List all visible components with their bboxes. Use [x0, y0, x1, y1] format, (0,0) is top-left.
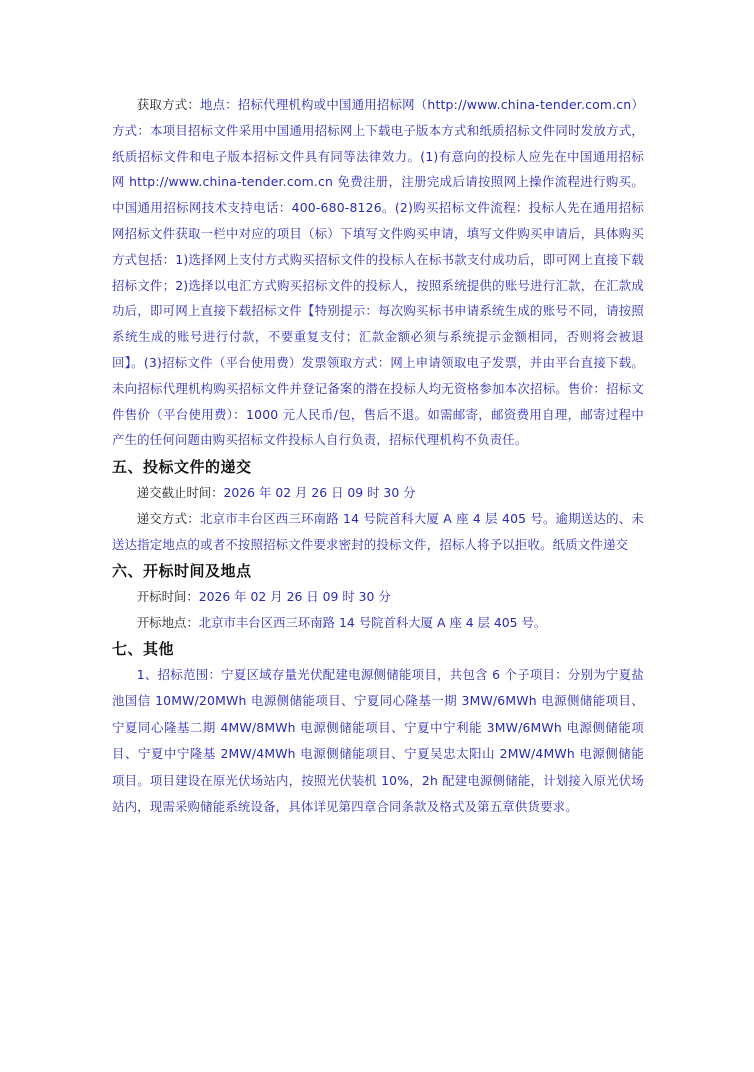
submission-deadline-label: 递交截止时间：	[137, 485, 224, 500]
opening-time: 开标时间：2026 年 02 月 26 日 09 时 30 分	[112, 584, 644, 610]
document-page: 获取方式：地点：招标代理机构或中国通用招标网（http://www.china-…	[112, 92, 644, 821]
opening-place-value: 北京市丰台区西三环南路 14 号院首科大厦 A 座 4 层 405 号。	[199, 615, 547, 630]
opening-time-label: 开标时间：	[137, 589, 199, 604]
opening-place: 开标地点：北京市丰台区西三环南路 14 号院首科大厦 A 座 4 层 405 号…	[112, 610, 644, 636]
submission-method: 递交方式：北京市丰台区西三环南路 14 号院首科大厦 A 座 4 层 405 号…	[112, 506, 644, 558]
submission-deadline-value: 2026 年 02 月 26 日 09 时 30 分	[224, 485, 416, 500]
obtain-method-label: 获取方式	[137, 97, 188, 112]
section7-heading: 七、其他	[112, 636, 644, 662]
obtain-method-text: 地点：招标代理机构或中国通用招标网（http://www.china-tende…	[112, 97, 644, 447]
submission-method-label: 递交方式：	[137, 511, 200, 526]
section5-heading: 五、投标文件的递交	[112, 454, 644, 480]
section6-heading: 六、开标时间及地点	[112, 558, 644, 584]
bid-scope-paragraph: 1、招标范围：宁夏区域存量光伏配建电源侧储能项目，共包含 6 个子项目：分别为宁…	[112, 662, 644, 821]
obtain-method-paragraph: 获取方式：地点：招标代理机构或中国通用招标网（http://www.china-…	[112, 92, 644, 453]
obtain-method-sep: ：	[187, 97, 200, 112]
submission-deadline: 递交截止时间：2026 年 02 月 26 日 09 时 30 分	[112, 480, 644, 506]
opening-time-value: 2026 年 02 月 26 日 09 时 30 分	[199, 589, 391, 604]
opening-place-label: 开标地点：	[137, 615, 199, 630]
